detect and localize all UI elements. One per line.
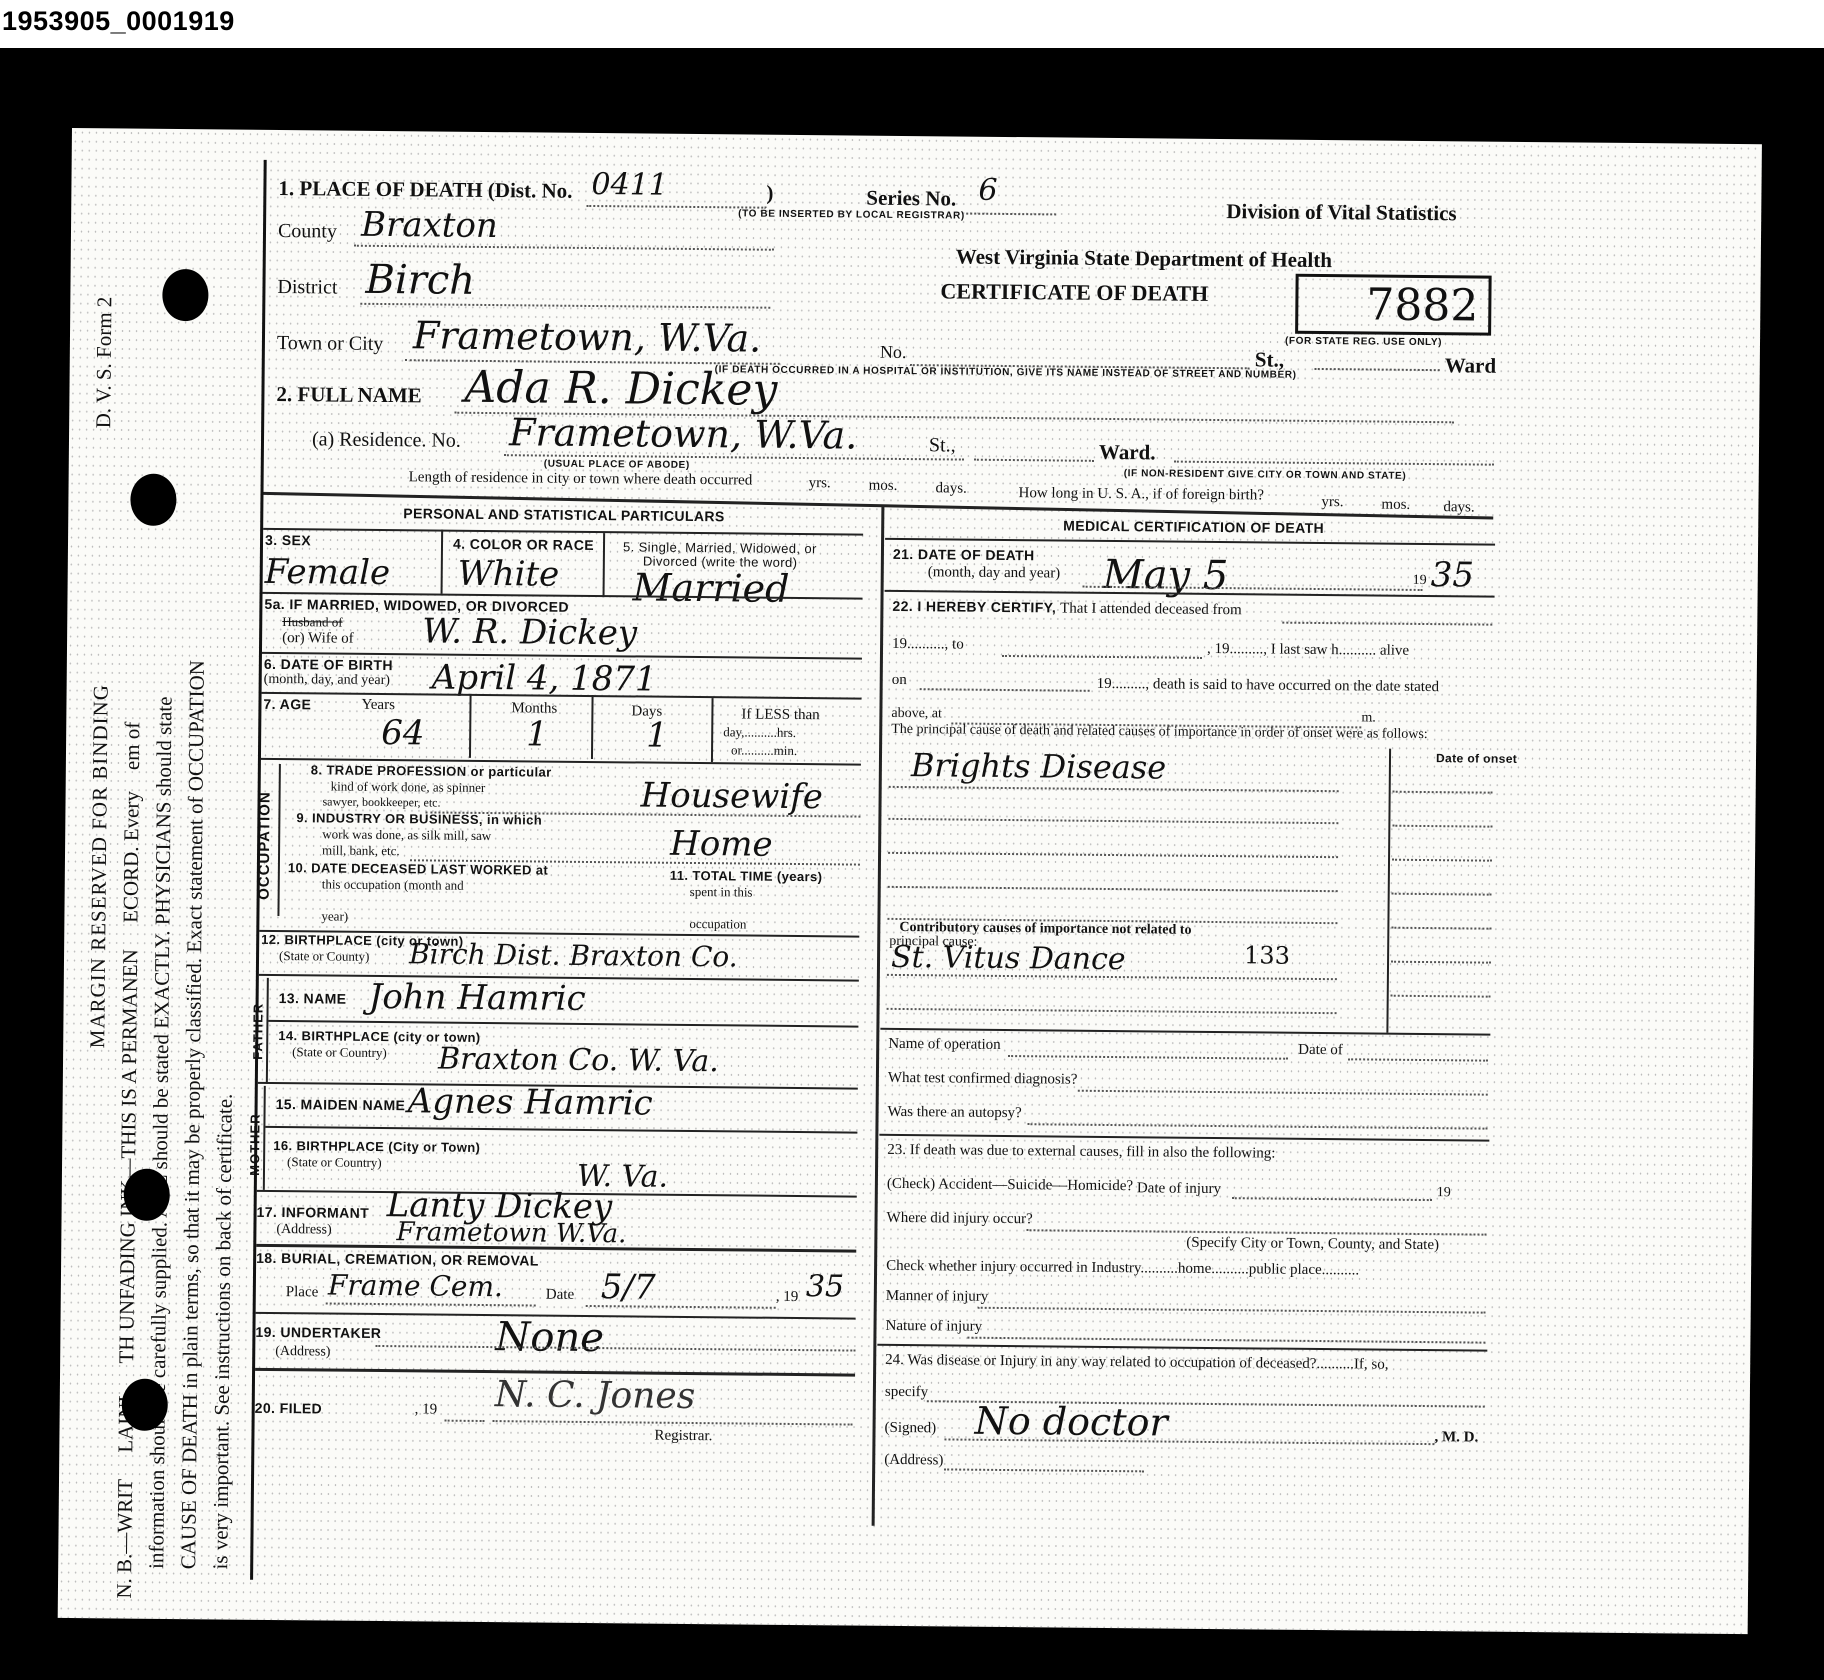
punch-hole [162, 269, 208, 321]
autopsy-label: Was there an autopsy? [888, 1104, 1022, 1122]
sex-value: Female [265, 552, 391, 593]
certify-line-2: 19.........., to [892, 636, 964, 654]
registrar-label: Registrar. [654, 1428, 712, 1446]
burial-year-value: 35 [806, 1269, 845, 1304]
nonresident-note: (IF NON-RESIDENT GIVE CITY OR TOWN AND S… [1124, 468, 1407, 482]
residence-st-label: St., [929, 434, 956, 457]
dist-close: ) [766, 181, 773, 206]
contributory-cause-value: St. Vitus Dance [891, 940, 1126, 977]
dod-year-prefix: 19 [1413, 573, 1427, 589]
trade-label-1: 8. TRADE PROFESSION or particular [311, 762, 552, 779]
father-name-label: 13. NAME [279, 990, 347, 1007]
series-label: Series No. [866, 186, 956, 212]
signed-label: (Signed) [884, 1420, 936, 1437]
birthplace-sub-label: (State or County) [279, 948, 369, 965]
external-causes-label: 23. If death was due to external causes,… [887, 1142, 1275, 1163]
age-years-label: Years [361, 697, 395, 714]
burial-date-value: 5/7 [601, 1267, 656, 1308]
usa-yrs: yrs. [1321, 494, 1343, 511]
burial-place-value: Frame Cem. [328, 1269, 503, 1304]
punch-hole [124, 1169, 170, 1221]
burial-place-label: Place [286, 1284, 319, 1301]
or-min-label: or..........min. [731, 742, 797, 759]
injury-location-check: Check whether injury occurred in Industr… [886, 1258, 1359, 1280]
personal-header: PERSONAL AND STATISTICAL PARTICULARS [403, 505, 725, 524]
res-yrs: yrs. [809, 475, 831, 492]
total-time-label-2: spent in this [690, 884, 753, 901]
day-hrs-label: day,..........hrs. [723, 724, 796, 741]
manner-injury-label: Manner of injury [886, 1288, 989, 1306]
res-days: days. [935, 480, 966, 497]
residence-ward-label: Ward. [1099, 440, 1156, 466]
county-value: Braxton [361, 205, 498, 246]
race-value: White [458, 554, 560, 595]
filed-label: 20. FILED [255, 1400, 323, 1417]
age-years-value: 64 [381, 713, 425, 753]
principal-cause-value: Brights Disease [911, 746, 1167, 786]
father-birthplace-sub: (State or Country) [292, 1044, 387, 1061]
informant-address-label: (Address) [276, 1222, 331, 1239]
certificate-form: 1. PLACE OF DEATH (Dist. No. 0411 ) (TO … [250, 160, 1712, 1594]
dod-sub-label: (month, day and year) [928, 564, 1061, 582]
town-label: Town or City [277, 332, 384, 356]
dob-sub-label: (month, day, and year) [264, 672, 390, 689]
age-months-value: 1 [526, 714, 548, 754]
full-name-value: Ada R. Dickey [464, 362, 777, 416]
undertaker-label: 19. UNDERTAKER [255, 1324, 381, 1341]
husband-of-label: Husband of [282, 614, 342, 631]
trade-value: Housewife [640, 775, 823, 817]
date-of-onset-label: Date of onset [1436, 751, 1517, 766]
specify-city-note: (Specify City or Town, County, and State… [1186, 1235, 1439, 1254]
ward-label: Ward [1445, 353, 1497, 378]
certify-line: 22. I HEREBY CERTIFY, That I attended de… [892, 598, 1241, 619]
department-title: West Virginia State Department of Health [956, 244, 1332, 273]
certificate-number-box: 7882 [1295, 274, 1492, 336]
last-worked-label-1: 10. DATE DECEASED LAST WORKED at [288, 860, 548, 877]
division-title: Division of Vital Statistics [1226, 199, 1457, 226]
certify-line-3b: 19........., death is said to have occur… [1097, 676, 1440, 696]
registrar-signature: N. C. Jones [495, 1374, 696, 1417]
last-worked-label-2: this occupation (month and [322, 876, 464, 893]
document-id: 1953905_0001919 [2, 6, 235, 37]
district-value: Birch [365, 257, 475, 304]
where-injury-label: Where did injury occur? [886, 1210, 1032, 1228]
state-reg-note: (FOR STATE REG. USE ONLY) [1285, 336, 1442, 349]
mother-vertical-label: MOTHER [247, 1113, 263, 1175]
dob-label: 6. DATE OF BIRTH [264, 656, 393, 673]
burial-label: 18. BURIAL, CREMATION, OR REMOVAL [256, 1250, 539, 1269]
informant-label: 17. INFORMANT [257, 1204, 370, 1221]
burial-year-prefix: , 19 [776, 1289, 799, 1306]
length-residence-label: Length of residence in city or town wher… [409, 469, 753, 489]
certify-line-4: above, at [891, 706, 942, 722]
certificate-title: CERTIFICATE OF DEATH [940, 278, 1208, 307]
age-days-value: 1 [646, 716, 668, 756]
filed-year-prefix: , 19 [415, 1401, 438, 1418]
father-birthplace-value: Braxton Co. W. Va. [438, 1042, 719, 1080]
date-of-injury-19: 19 [1437, 1185, 1451, 1201]
industry-label-1: 9. INDUSTRY OR BUSINESS, in which [296, 810, 542, 827]
residence-value: Frametown, W.Va. [509, 410, 858, 457]
father-vertical-label: FATHER [250, 1003, 266, 1060]
punch-hole [121, 1379, 167, 1431]
mother-birthplace-sub: (State or Country) [287, 1154, 382, 1171]
res-mos: mos. [869, 478, 898, 495]
full-name-label: 2. FULL NAME [276, 382, 421, 408]
how-long-usa-label: How long in U. S. A., if of foreign birt… [1018, 485, 1264, 504]
test-confirmed-label: What test confirmed diagnosis? [888, 1070, 1078, 1089]
trade-label-2: kind of work done, as spinner [331, 779, 486, 796]
birthplace-value: Birch Dist. Braxton Co. [409, 937, 738, 973]
dod-label: 21. DATE OF DEATH [893, 546, 1035, 563]
industry-value: Home [670, 824, 773, 865]
contributory-note: 133 [1244, 941, 1290, 969]
district-label: District [277, 276, 337, 300]
mother-name-value: Agnes Hamric [407, 1081, 652, 1123]
certify-line-2b: , 19........., I last saw h.......... al… [1207, 641, 1409, 660]
mother-name-label: 15. MAIDEN NAME [276, 1096, 406, 1113]
specify-label: specify [885, 1384, 928, 1401]
series-no-value: 6 [978, 173, 997, 208]
punch-hole [130, 474, 176, 526]
form-number: D. V. S. Form 2 [87, 296, 120, 428]
certificate-number: 7882 [1366, 279, 1478, 331]
header-bar: 1953905_0001919 [0, 0, 1824, 48]
father-name-value: John Hamric [368, 977, 585, 1019]
trade-label-3: sawyer, bookkeeper, etc. [322, 794, 440, 810]
occupation-related-label: 24. Was disease or Injury in any way rel… [885, 1352, 1388, 1374]
margin-binding-note: MARGIN RESERVED FOR BINDING [81, 684, 116, 1049]
physician-address-label: (Address) [884, 1452, 943, 1470]
spouse-value: W. R. Dickey [422, 611, 637, 653]
md-label: , M. D. [1434, 1429, 1478, 1446]
operation-date-label: Date of [1298, 1042, 1343, 1059]
place-of-death-label: 1. PLACE OF DEATH (Dist. No. [278, 176, 572, 204]
nature-injury-label: Nature of injury [885, 1318, 982, 1336]
town-value: Frametown, W.Va. [413, 313, 762, 360]
usa-days: days. [1443, 499, 1474, 516]
certify-m: m. [1361, 710, 1376, 726]
medical-header: MEDICAL CERTIFICATION OF DEATH [1063, 518, 1324, 537]
age-label: 7. AGE [263, 696, 311, 712]
dist-no-value: 0411 [591, 167, 668, 203]
physician-signature: No doctor [974, 1399, 1167, 1445]
abode-note: (USUAL PLACE OF ABODE) [544, 459, 690, 471]
principal-cause-text: The principal cause of death and related… [891, 722, 1428, 743]
industry-label-2: work was done, as silk mill, saw [322, 826, 491, 844]
street-no-label: No. [880, 342, 907, 363]
operation-label: Name of operation [888, 1036, 1001, 1054]
dod-year-value: 35 [1431, 555, 1475, 595]
accident-check-label: (Check) Accident—Suicide—Homicide? [887, 1176, 1133, 1195]
county-label: County [278, 220, 337, 244]
residence-label: (a) Residence. No. [312, 428, 461, 452]
usa-mos: mos. [1381, 497, 1410, 514]
death-certificate: MARGIN RESERVED FOR BINDING D. V. S. For… [58, 128, 1762, 1634]
mother-birthplace-label: 16. BIRTHPLACE (City or Town) [273, 1138, 480, 1155]
less-than-label: If LESS than [741, 706, 819, 724]
undertaker-address-label: (Address) [275, 1344, 330, 1361]
sex-label: 3. SEX [265, 532, 311, 548]
burial-date-label: Date [546, 1287, 574, 1304]
date-of-injury-label: Date of injury [1137, 1180, 1221, 1198]
wife-of-label: (or) Wife of [282, 630, 354, 648]
occupation-vertical-label: OCCUPATION [256, 791, 274, 900]
marital-value: Married [632, 565, 789, 611]
certify-line-3: on [892, 672, 907, 689]
undertaker-value: None [495, 1314, 604, 1361]
last-worked-label-3: year) [321, 908, 348, 924]
industry-label-3: mill, bank, etc. [322, 842, 400, 859]
total-time-label-3: occupation [689, 916, 746, 933]
margin-line-4: is very important. See instructions on b… [204, 1093, 241, 1569]
total-time-label-1: 11. TOTAL TIME (years) [670, 868, 823, 884]
race-label: 4. COLOR OR RACE [453, 536, 594, 553]
